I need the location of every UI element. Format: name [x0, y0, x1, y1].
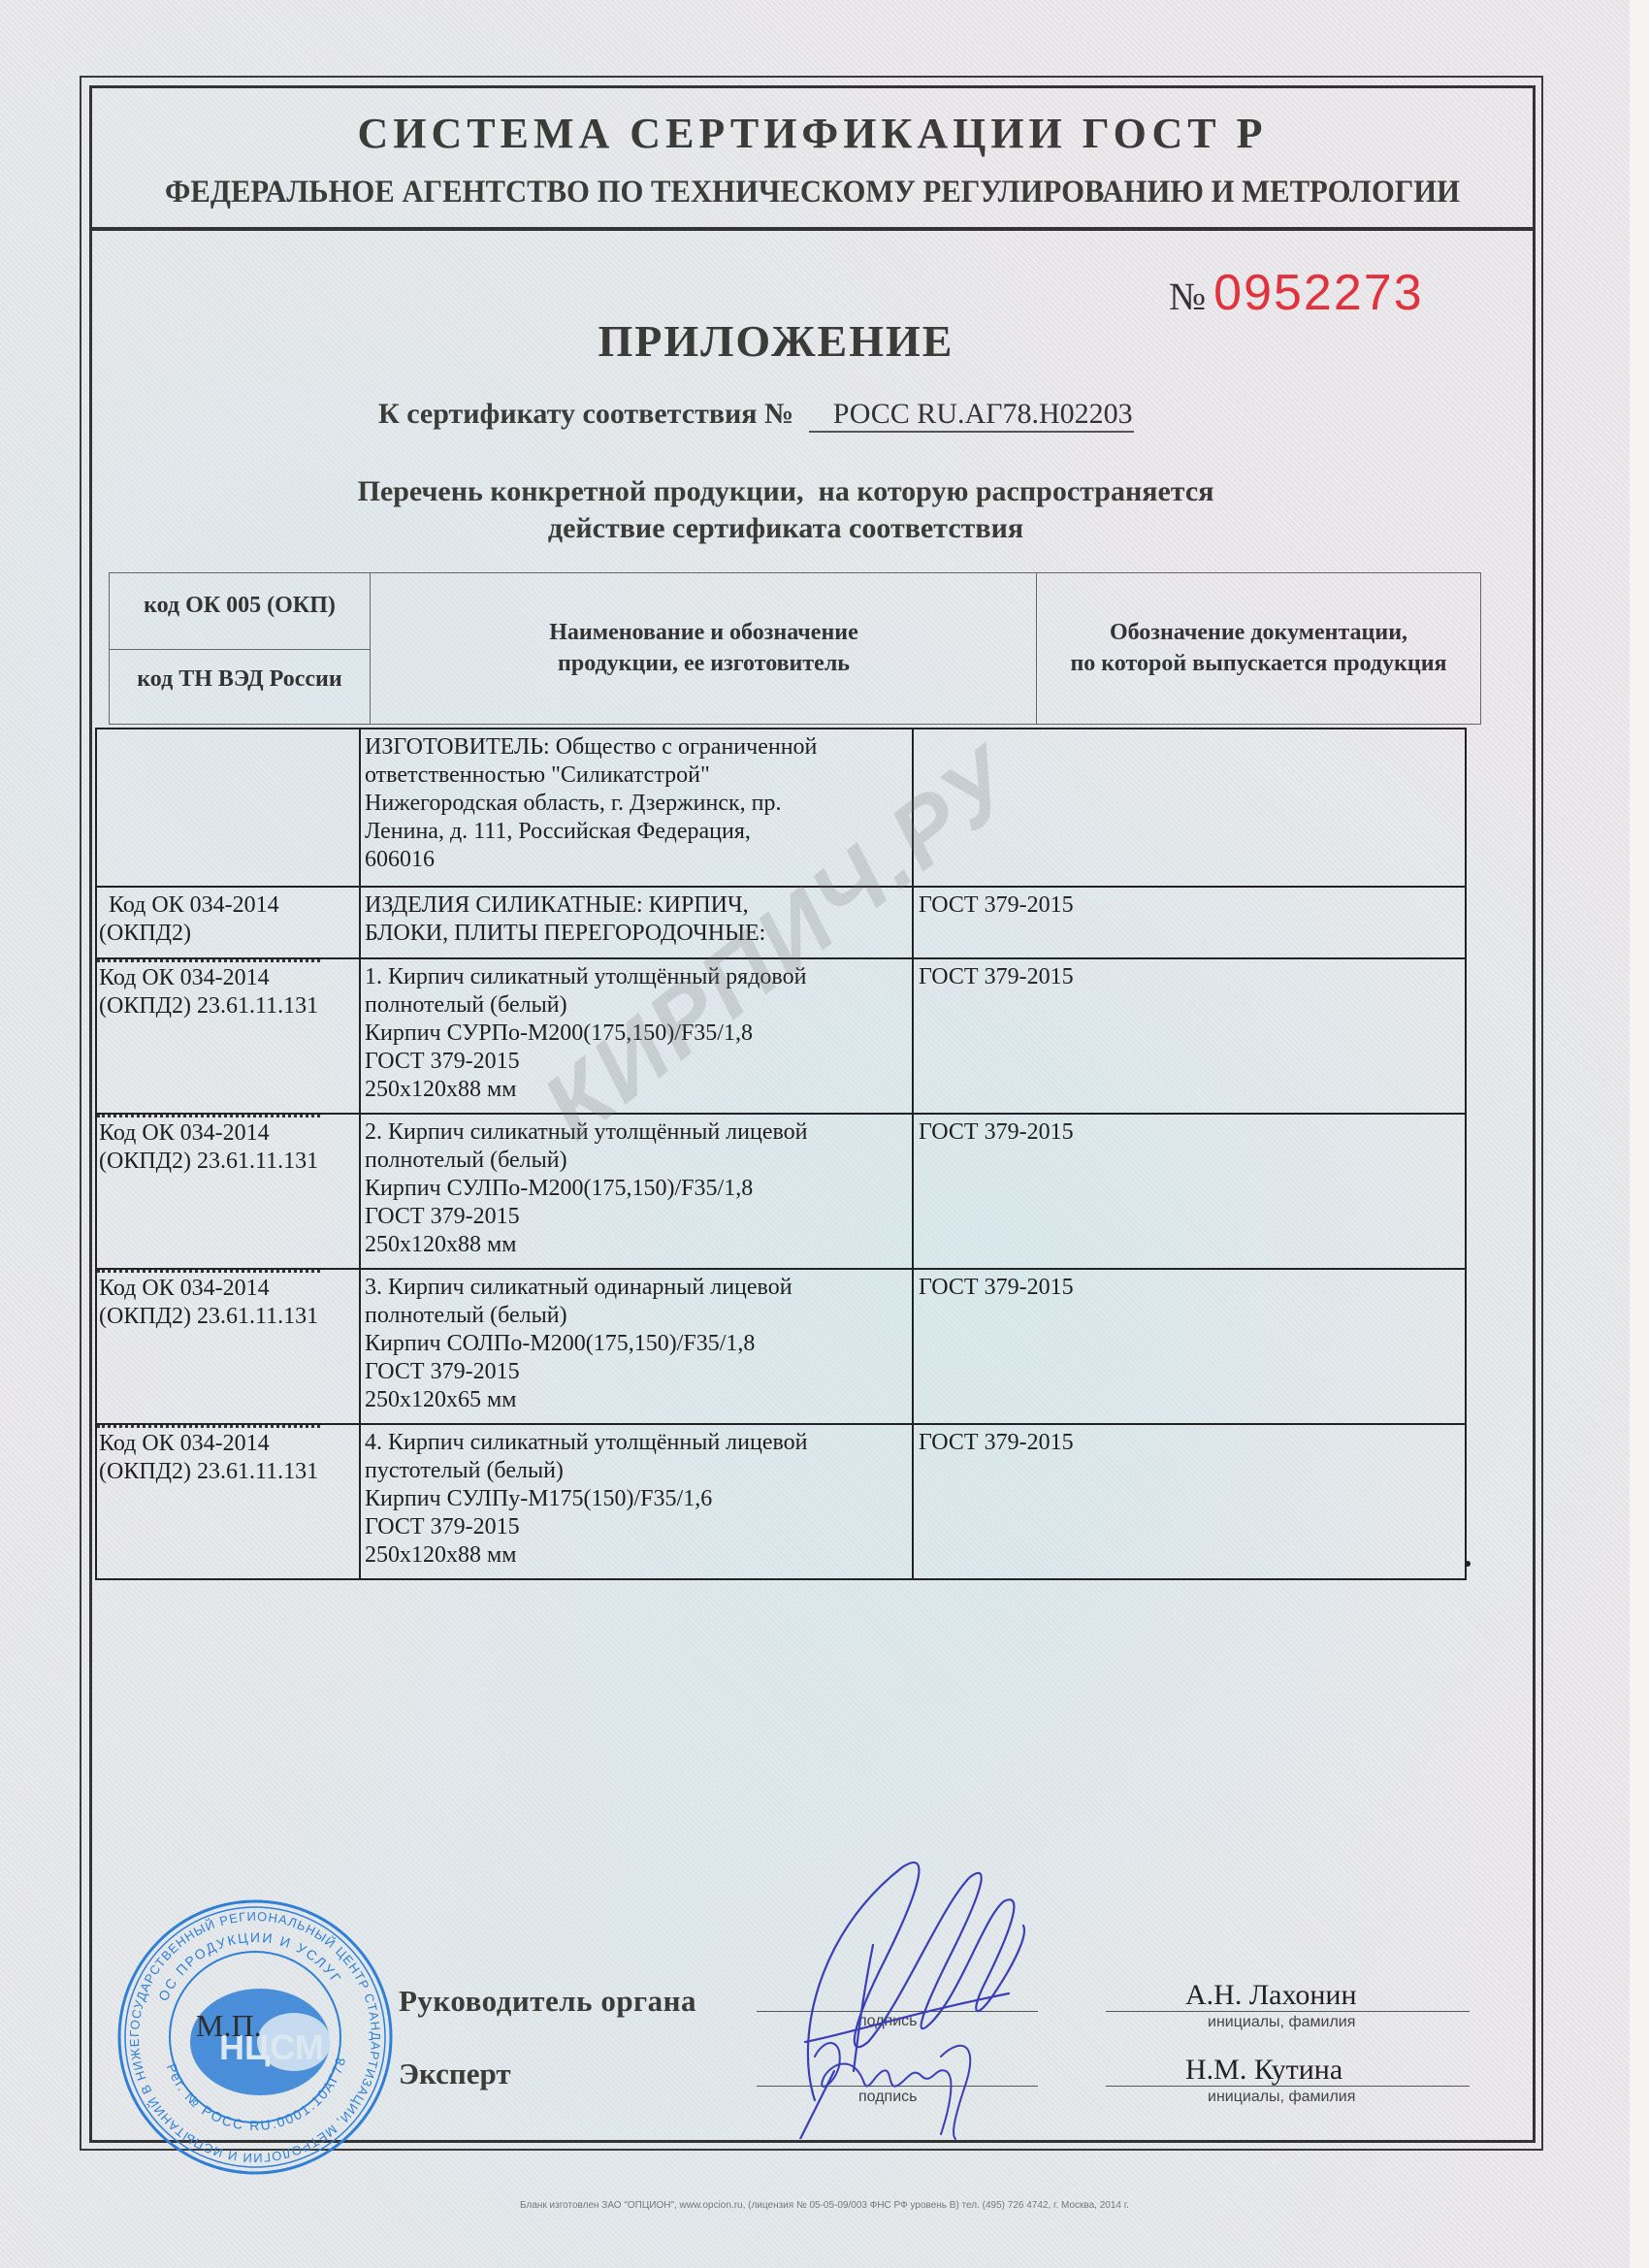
agency-name: ФЕДЕРАЛЬНОЕ АГЕНТСТВО ПО ТЕХНИЧЕСКОМУ РЕ…: [140, 175, 1485, 211]
code-line: (ОКПД2) 23.61.11.131: [99, 1458, 355, 1486]
stray-mark: [1465, 1561, 1471, 1567]
header-band: СИСТЕМА СЕРТИФИКАЦИИ ГОСТ Р ФЕДЕРАЛЬНОЕ …: [89, 85, 1536, 231]
code-line: (ОКПД2): [99, 920, 355, 948]
code-line: Код ОК 034-2014: [99, 891, 355, 920]
cell-product: 4. Кирпич силикатный утолщённый лицевойп…: [360, 1424, 913, 1579]
expert-signature: [795, 2027, 1009, 2144]
header-product-column: Наименование и обозначение продукции, ее…: [372, 573, 1037, 724]
product-line: 3. Кирпич силикатный одинарный лицевой: [365, 1274, 908, 1302]
cell-standard: ГОСТ 379-2015: [913, 958, 1466, 1114]
serial-number: 0952273: [1213, 265, 1423, 321]
product-line: ответственностью "Силикатстрой": [365, 761, 908, 790]
dotted-separator: [97, 1270, 320, 1273]
product-line: ИЗГОТОВИТЕЛЬ: Общество с ограниченной: [365, 733, 908, 761]
product-line: ГОСТ 379-2015: [365, 1358, 908, 1386]
cell-standard: ГОСТ 379-2015: [913, 1424, 1466, 1579]
code-line: (ОКПД2) 23.61.11.131: [99, 1303, 355, 1331]
cell-standard: ГОСТ 379-2015: [913, 1114, 1466, 1269]
expert-label: Эксперт: [399, 2057, 511, 2091]
code-line: Код ОК 034-2014: [99, 1119, 355, 1148]
cell-code: Код ОК 034-2014(ОКПД2) 23.61.11.131: [96, 958, 360, 1114]
certificate-label: К сертификату соответствия №: [378, 398, 793, 430]
header-product-line-2: продукции, ее изготовитель: [372, 648, 1036, 679]
header-docs-column: Обозначение документации, по которой вып…: [1037, 573, 1480, 724]
table-header: код ОК 005 (ОКП) код ТН ВЭД России Наиме…: [109, 572, 1481, 725]
product-line: ГОСТ 379-2015: [365, 1513, 908, 1541]
stamp-mark: М.П.: [196, 2008, 262, 2044]
product-line: 250x120x88 мм: [365, 1541, 908, 1570]
header-docs-line-1: Обозначение документации,: [1037, 617, 1480, 648]
code-line: (ОКПД2) 23.61.11.131: [99, 1148, 355, 1176]
product-line: ГОСТ 379-2015: [365, 1203, 908, 1231]
product-line: 250x120x88 мм: [365, 1231, 908, 1259]
cell-code: Код ОК 034-2014(ОКПД2) 23.61.11.131: [96, 1114, 360, 1269]
cell-code: Код ОК 034-2014(ОКПД2) 23.61.11.131: [96, 1269, 360, 1424]
code-line: Код ОК 034-2014: [99, 1430, 355, 1458]
header-divider: [110, 649, 370, 650]
products-table: ИЗГОТОВИТЕЛЬ: Общество с ограниченнойотв…: [95, 728, 1467, 1580]
header-code-tnved: код ТН ВЭД России: [110, 666, 370, 693]
table-row: Код ОК 034-2014(ОКПД2) 23.61.11.1314. Ки…: [96, 1424, 1466, 1579]
header-code-okp: код ОК 005 (ОКП): [110, 593, 370, 619]
product-line: пустотелый (белый): [365, 1457, 908, 1485]
table-row: Код ОК 034-2014(ОКПД2) 23.61.11.1312. Ки…: [96, 1114, 1466, 1269]
head-name: А.Н. Лахонин: [1185, 1979, 1357, 2012]
form-serial: №0952273: [1169, 264, 1424, 322]
product-line: полнотелый (белый): [365, 1302, 908, 1330]
system-title: СИСТЕМА СЕРТИФИКАЦИИ ГОСТ Р: [89, 109, 1536, 158]
header-code-column: код ОК 005 (ОКП) код ТН ВЭД России: [110, 573, 371, 724]
expert-name-caption: инициалы, фамилия: [1208, 2089, 1355, 2106]
cell-code: Код ОК 034-2014(ОКПД2): [96, 887, 360, 958]
product-line: 250x120x65 мм: [365, 1386, 908, 1414]
product-line: Кирпич СОЛПо-М200(175,150)/F35/1,8: [365, 1330, 908, 1358]
scope-line-1: Перечень конкретной продукции, на котору…: [0, 473, 1571, 510]
head-name-caption: инициалы, фамилия: [1208, 2014, 1355, 2031]
cell-standard: ГОСТ 379-2015: [913, 1269, 1466, 1424]
table-row: Код ОК 034-2014(ОКПД2) 23.61.11.1313. Ки…: [96, 1269, 1466, 1424]
dotted-separator: [97, 1425, 320, 1428]
serial-prefix: №: [1169, 275, 1206, 318]
product-line: Нижегородская область, г. Дзержинск, пр.: [365, 790, 908, 818]
printer-note: Бланк изготовлен ЗАО "ОПЦИОН", www.opcio…: [0, 2200, 1649, 2211]
dotted-separator: [97, 1115, 320, 1118]
head-label: Руководитель органа: [399, 1984, 696, 2019]
header-product-line-1: Наименование и обозначение: [372, 617, 1036, 648]
dotted-separator: [97, 959, 320, 962]
cell-code: Код ОК 034-2014(ОКПД2) 23.61.11.131: [96, 1424, 360, 1579]
code-line: (ОКПД2) 23.61.11.131: [99, 992, 355, 1021]
table-row: ИЗГОТОВИТЕЛЬ: Общество с ограниченнойотв…: [96, 729, 1466, 887]
header-docs-line-2: по которой выпускается продукция: [1037, 648, 1480, 679]
cell-product: 2. Кирпич силикатный утолщённый лицевойп…: [360, 1114, 913, 1269]
code-line: Код ОК 034-2014: [99, 964, 355, 992]
document-title: ПРИЛОЖЕНИЕ: [0, 315, 1552, 367]
certificate-number: РОСС RU.АГ78.Н02203: [809, 398, 1134, 433]
scope-line-2: действие сертификата соответствия: [0, 510, 1571, 547]
product-line: Кирпич СУЛПо-М200(175,150)/F35/1,8: [365, 1175, 908, 1203]
cell-code: [96, 729, 360, 887]
code-line: Код ОК 034-2014: [99, 1275, 355, 1303]
product-line: полнотелый (белый): [365, 1147, 908, 1175]
product-line: Кирпич СУЛПу-М175(150)/F35/1,6: [365, 1485, 908, 1513]
cell-product: 3. Кирпич силикатный одинарный лицевойпо…: [360, 1269, 913, 1424]
cell-standard: ГОСТ 379-2015: [913, 887, 1466, 958]
scope-heading: Перечень конкретной продукции, на котору…: [0, 473, 1571, 547]
certificate-reference: К сертификату соответствия № РОСС RU.АГ7…: [378, 398, 1134, 433]
page-edge: [1630, 0, 1649, 2268]
expert-name: Н.М. Кутина: [1185, 2054, 1342, 2087]
product-line: 4. Кирпич силикатный утолщённый лицевой: [365, 1429, 908, 1457]
